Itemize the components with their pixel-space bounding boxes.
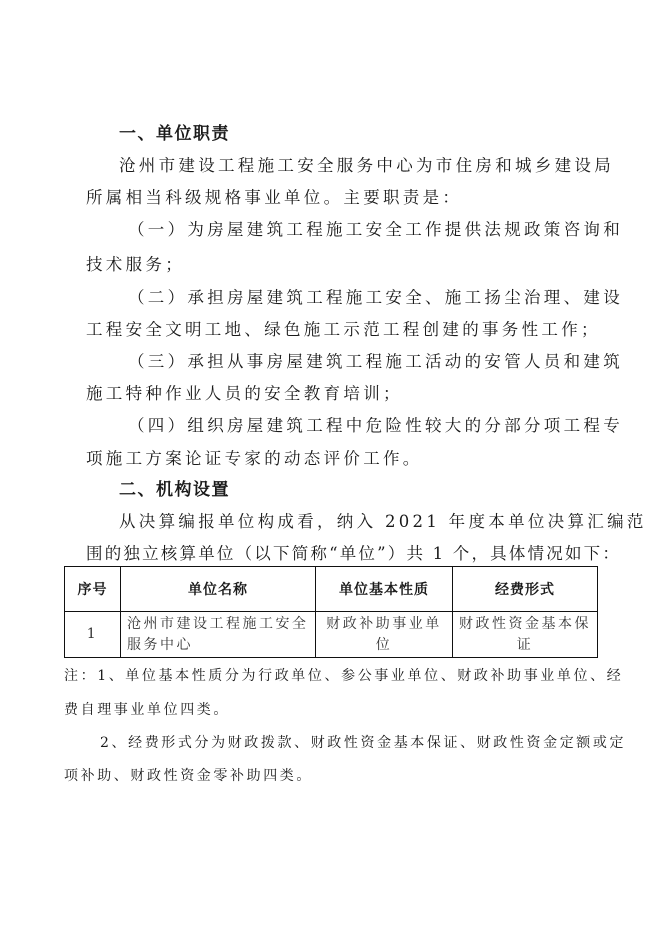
cell-unit-nature: 财政补助事业单 位	[316, 612, 453, 658]
cell-line: 沧州市建设工程施工安全	[127, 614, 315, 635]
duty-item-2-cont: 工程安全文明工地、绿色施工示范工程创建的事务性工作；	[86, 320, 601, 340]
cell-line: 服务中心	[127, 635, 315, 656]
note-2-cont: 项补助、财政性资金零补助四类。	[64, 766, 313, 786]
cell-line: 位	[316, 635, 452, 656]
paragraph-line: 沧州市建设工程施工安全服务中心为市住房和城乡建设局	[119, 156, 614, 176]
paragraph-line: 围的独立核算单位（以下简称“单位”）共 1 个，具体情况如下：	[86, 544, 621, 564]
unit-table: 序号 单位名称 单位基本性质 经费形式 1 沧州市建设工程施工安全 服务中心 财…	[64, 566, 598, 658]
header-funding-form: 经费形式	[453, 567, 598, 612]
section-heading-duties: 一、单位职责	[119, 124, 230, 144]
duty-item-2: （二）承担房屋建筑工程施工安全、施工扬尘治理、建设	[128, 288, 623, 308]
cell-unit-name: 沧州市建设工程施工安全 服务中心	[121, 612, 316, 658]
table-row: 1 沧州市建设工程施工安全 服务中心 财政补助事业单 位 财政性资金基本保 证	[65, 612, 598, 658]
cell-line: 证	[453, 635, 597, 656]
duty-item-1: （一）为房屋建筑工程施工安全工作提供法规政策咨询和	[128, 220, 623, 240]
note-2: 2、经费形式分为财政拨款、财政性资金基本保证、财政性资金定额或定	[100, 733, 626, 753]
cell-line: 财政补助事业单	[316, 614, 452, 635]
cell-funding-form: 财政性资金基本保 证	[453, 612, 598, 658]
header-no: 序号	[65, 567, 121, 612]
table-header-row: 序号 单位名称 单位基本性质 经费形式	[65, 567, 598, 612]
cell-no: 1	[65, 612, 121, 658]
duty-item-3-cont: 施工特种作业人员的安全教育培训；	[86, 384, 403, 404]
section-heading-organization: 二、机构设置	[119, 480, 230, 500]
note-1: 注：1、单位基本性质分为行政单位、参公事业单位、财政补助事业单位、经	[64, 666, 623, 686]
paragraph-line: 所属相当科级规格事业单位。主要职责是：	[86, 188, 462, 208]
duty-item-4: （四）组织房屋建筑工程中危险性较大的分部分项工程专	[128, 416, 623, 436]
duty-item-1-cont: 技术服务；	[86, 255, 185, 275]
note-1-cont: 费自理事业单位四类。	[64, 700, 230, 720]
duty-item-3: （三）承担从事房屋建筑工程施工活动的安管人员和建筑	[128, 352, 623, 372]
duty-item-4-cont: 项施工方案论证专家的动态评价工作。	[86, 449, 423, 469]
cell-line: 财政性资金基本保	[453, 614, 597, 635]
header-unit-name: 单位名称	[121, 567, 316, 612]
header-unit-nature: 单位基本性质	[316, 567, 453, 612]
paragraph-line: 从决算编报单位构成看，纳入 2021 年度本单位决算汇编范	[119, 512, 647, 532]
